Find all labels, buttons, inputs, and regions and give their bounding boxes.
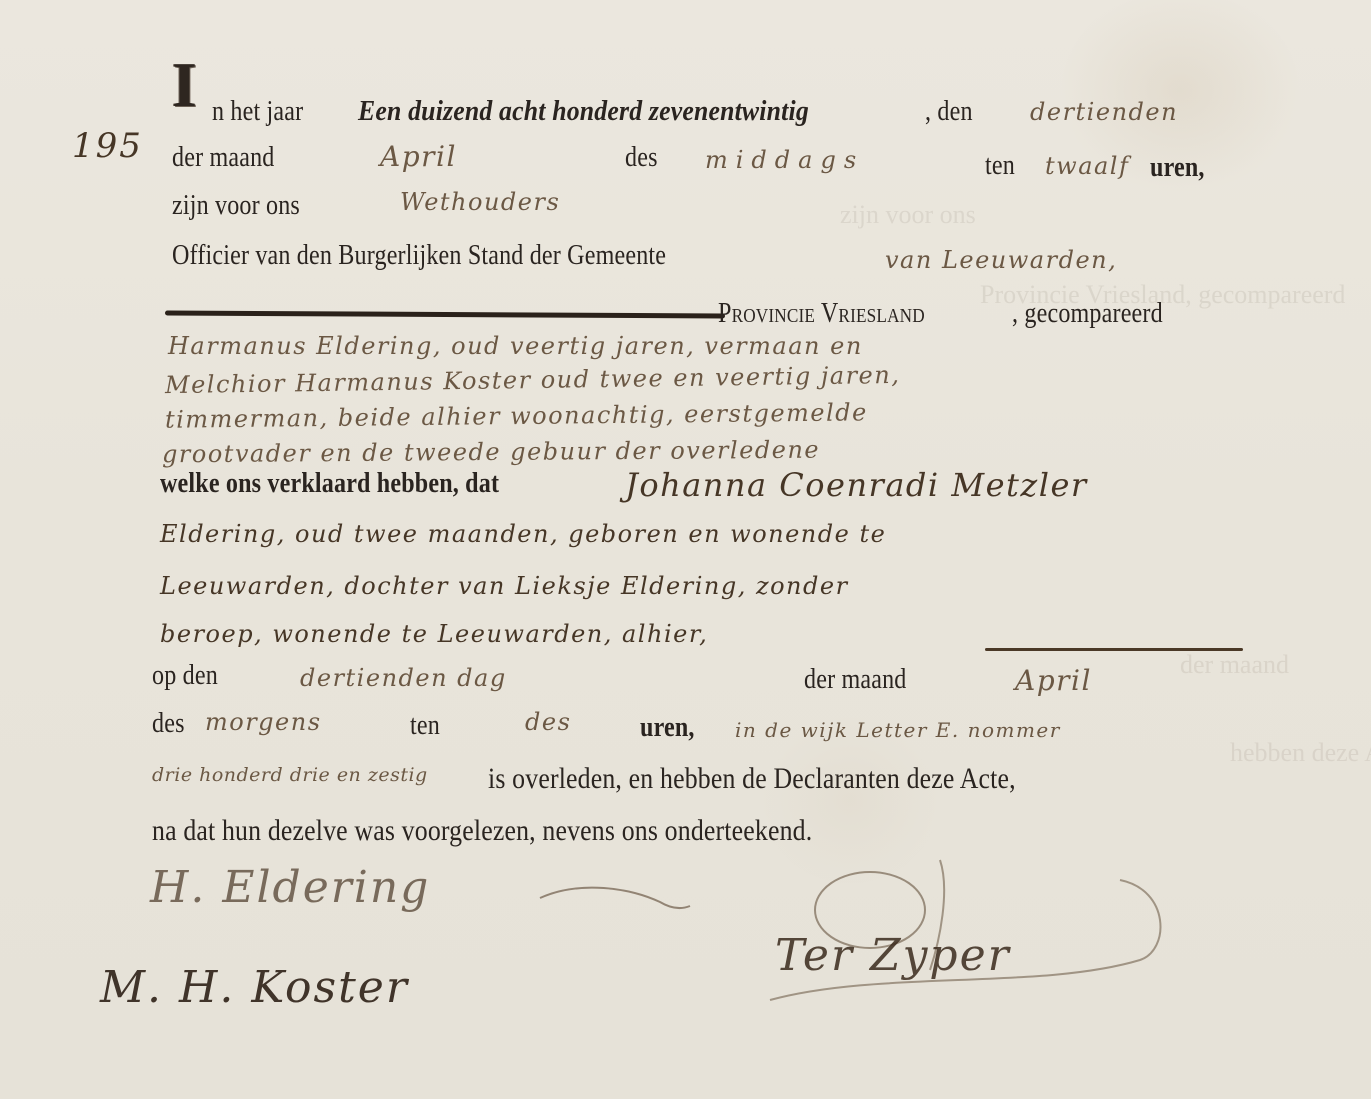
signature-witness-2: M. H. Koster xyxy=(100,962,409,1013)
handwritten-witness-line: grootvader en de tweede gebuur der overl… xyxy=(162,436,820,469)
fill-line xyxy=(165,311,725,319)
handwritten-hour: twaalf xyxy=(1045,152,1129,180)
printed-text: uren, xyxy=(1150,152,1205,184)
printed-text: n het jaar xyxy=(212,96,303,128)
signature-witness-1: H. Eldering xyxy=(150,862,430,913)
printed-text: welke ons verklaard hebben, dat xyxy=(160,468,499,500)
handwritten-deceased-name: Johanna Coenradi Metzler xyxy=(625,466,1088,504)
printed-text: na dat hun dezelve was voorgelezen, neve… xyxy=(152,814,812,848)
printed-text: ten xyxy=(985,150,1015,182)
handwritten-witness-line: timmerman, beide alhier woonachtig, eers… xyxy=(165,398,868,433)
handwritten-day: dertienden xyxy=(1030,98,1178,126)
bleed-through-text: der maand xyxy=(1180,650,1289,680)
handwritten-house-number: drie honderd drie en zestig xyxy=(152,764,428,786)
handwritten-hour: des xyxy=(525,708,571,736)
handwritten-witness-line: Melchior Harmanus Koster oud twee en vee… xyxy=(165,361,901,399)
bleed-through-text: hebben deze A xyxy=(1230,738,1371,768)
handwritten-month: April xyxy=(380,140,457,173)
handwritten-place: van Leeuwarden, xyxy=(885,246,1117,274)
decorative-initial: I xyxy=(172,56,212,114)
signature-official: Ter Zyper xyxy=(775,930,1011,981)
handwritten-day: dertienden dag xyxy=(300,664,507,692)
printed-text: Officier van den Burgerlijken Stand der … xyxy=(172,240,666,272)
printed-text: zijn voor ons xyxy=(172,190,300,222)
fill-line xyxy=(985,648,1243,651)
handwritten-daypart: middags xyxy=(705,146,864,174)
printed-text: , den xyxy=(925,96,973,128)
handwritten-deceased-line: Leeuwarden, dochter van Lieksje Eldering… xyxy=(160,572,849,600)
printed-text: ten xyxy=(410,710,440,742)
handwritten-daypart: morgens xyxy=(205,708,322,736)
signature-flourish xyxy=(540,880,700,920)
printed-text: op den xyxy=(152,660,218,692)
handwritten-deceased-line: beroep, wonende te Leeuwarden, alhier, xyxy=(160,620,708,648)
printed-province: Provincie Vriesland xyxy=(718,298,925,330)
printed-text: , gecompareerd xyxy=(1012,298,1163,330)
printed-text: uren, xyxy=(640,712,695,744)
handwritten-deceased-line: Eldering, oud twee maanden, geboren en w… xyxy=(160,520,886,548)
printed-text: des xyxy=(152,708,185,740)
printed-text: is overleden, en hebben de Declaranten d… xyxy=(488,762,1016,796)
bleed-through-text: zijn voor ons xyxy=(840,200,976,230)
record-number: 195 xyxy=(72,126,143,166)
handwritten-title: Wethouders xyxy=(400,188,560,216)
printed-year-text: Een duizend acht honderd zevenentwintig xyxy=(358,96,809,128)
printed-text: der maand xyxy=(172,142,275,174)
document-page: zijn voor ons Provincie Vriesland, gecom… xyxy=(0,0,1371,1099)
handwritten-month: April xyxy=(1015,664,1092,697)
handwritten-witness-line: Harmanus Eldering, oud veertig jaren, ve… xyxy=(168,332,863,360)
handwritten-address: in de wijk Letter E. nommer xyxy=(735,718,1061,742)
printed-text: des xyxy=(625,142,658,174)
printed-text: der maand xyxy=(804,664,907,696)
